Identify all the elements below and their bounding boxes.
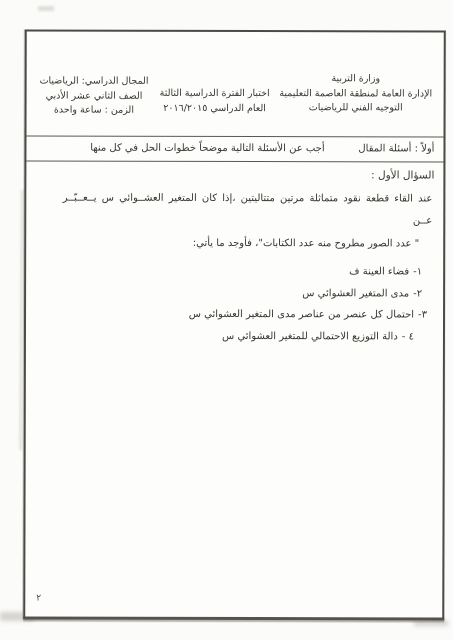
exam-duration: الزمن : ساعة واحدة xyxy=(31,103,158,118)
scan-smudge xyxy=(414,620,448,626)
item-text: فضاء العينة ف xyxy=(349,266,409,277)
question-1-item: ٢-مدى المتغير العشوائي س xyxy=(26,282,422,305)
supervision-name: التوجيه الفني للرياضيات xyxy=(272,101,440,116)
page-number: ٢ xyxy=(36,593,41,603)
ministry-name: وزارة التربية xyxy=(272,72,440,87)
section-title: أولاً : أسئلة المقال xyxy=(358,143,443,154)
item-number: ٣- xyxy=(418,304,427,326)
item-number: ٤ - xyxy=(402,326,414,348)
item-text: مدى المتغير العشوائي س xyxy=(302,288,409,299)
question-1-intro-line-2: " عدد الصور مطروح منه عدد الكتابات"، فأو… xyxy=(38,232,432,256)
question-1-item: ٤ -دالة التوزيع الاحتمالي للمتغير العشوا… xyxy=(26,325,414,348)
question-1-item: ٣-احتمال كل عنصر من عناصر مدى المتغير ال… xyxy=(26,303,427,326)
section-instruction: أجب عن الأسئلة التالية موضحاً خطوات الحل… xyxy=(26,142,358,154)
administration-name: الإدارة العامة لمنطقة العاصمة التعليمية xyxy=(272,87,440,102)
page-border-frame: وزارة التربية الإدارة العامة لمنطقة العا… xyxy=(23,29,446,620)
academic-year: العام الدراسي ٢٠١٦/٢٠١٥ xyxy=(157,101,272,116)
scanned-exam-page: وزارة التربية الإدارة العامة لمنطقة العا… xyxy=(0,0,453,640)
question-1-intro-line-1: عند القاء قطعة نقود متماثلة مرتين متتالي… xyxy=(38,187,432,233)
grade-level: الصف الثاني عشر الأدبي xyxy=(31,89,158,104)
question-1-item: ١-فضاء العينة ف xyxy=(26,260,422,283)
header-exam-block: اختبار الفترة الدراسية الثالثة العام الد… xyxy=(157,87,272,119)
item-number: ٢- xyxy=(413,283,422,305)
item-text: احتمال كل عنصر من عناصر مدى المتغير العش… xyxy=(189,309,414,321)
page-header: وزارة التربية الإدارة العامة لمنطقة العا… xyxy=(27,31,444,119)
question-1-intro: عند القاء قطعة نقود متماثلة مرتين متتالي… xyxy=(26,180,443,256)
item-text: دالة التوزيع الاحتمالي للمتغير العشوائي … xyxy=(222,330,398,341)
section-bar: أولاً : أسئلة المقال أجب عن الأسئلة التا… xyxy=(26,135,443,162)
subject-field: المجال الدراسي: الرياضيات xyxy=(31,74,158,89)
scan-smudge xyxy=(38,6,54,11)
question-1-heading: السؤال الأول : xyxy=(26,161,443,181)
header-ministry-block: وزارة التربية الإدارة العامة لمنطقة العا… xyxy=(272,72,440,119)
item-number: ١- xyxy=(413,261,422,283)
question-1-item-list: ١-فضاء العينة ف ٢-مدى المتغير العشوائي س… xyxy=(26,254,443,347)
header-course-block: المجال الدراسي: الرياضيات الصف الثاني عش… xyxy=(31,74,158,118)
exam-period-title: اختبار الفترة الدراسية الثالثة xyxy=(157,87,272,102)
